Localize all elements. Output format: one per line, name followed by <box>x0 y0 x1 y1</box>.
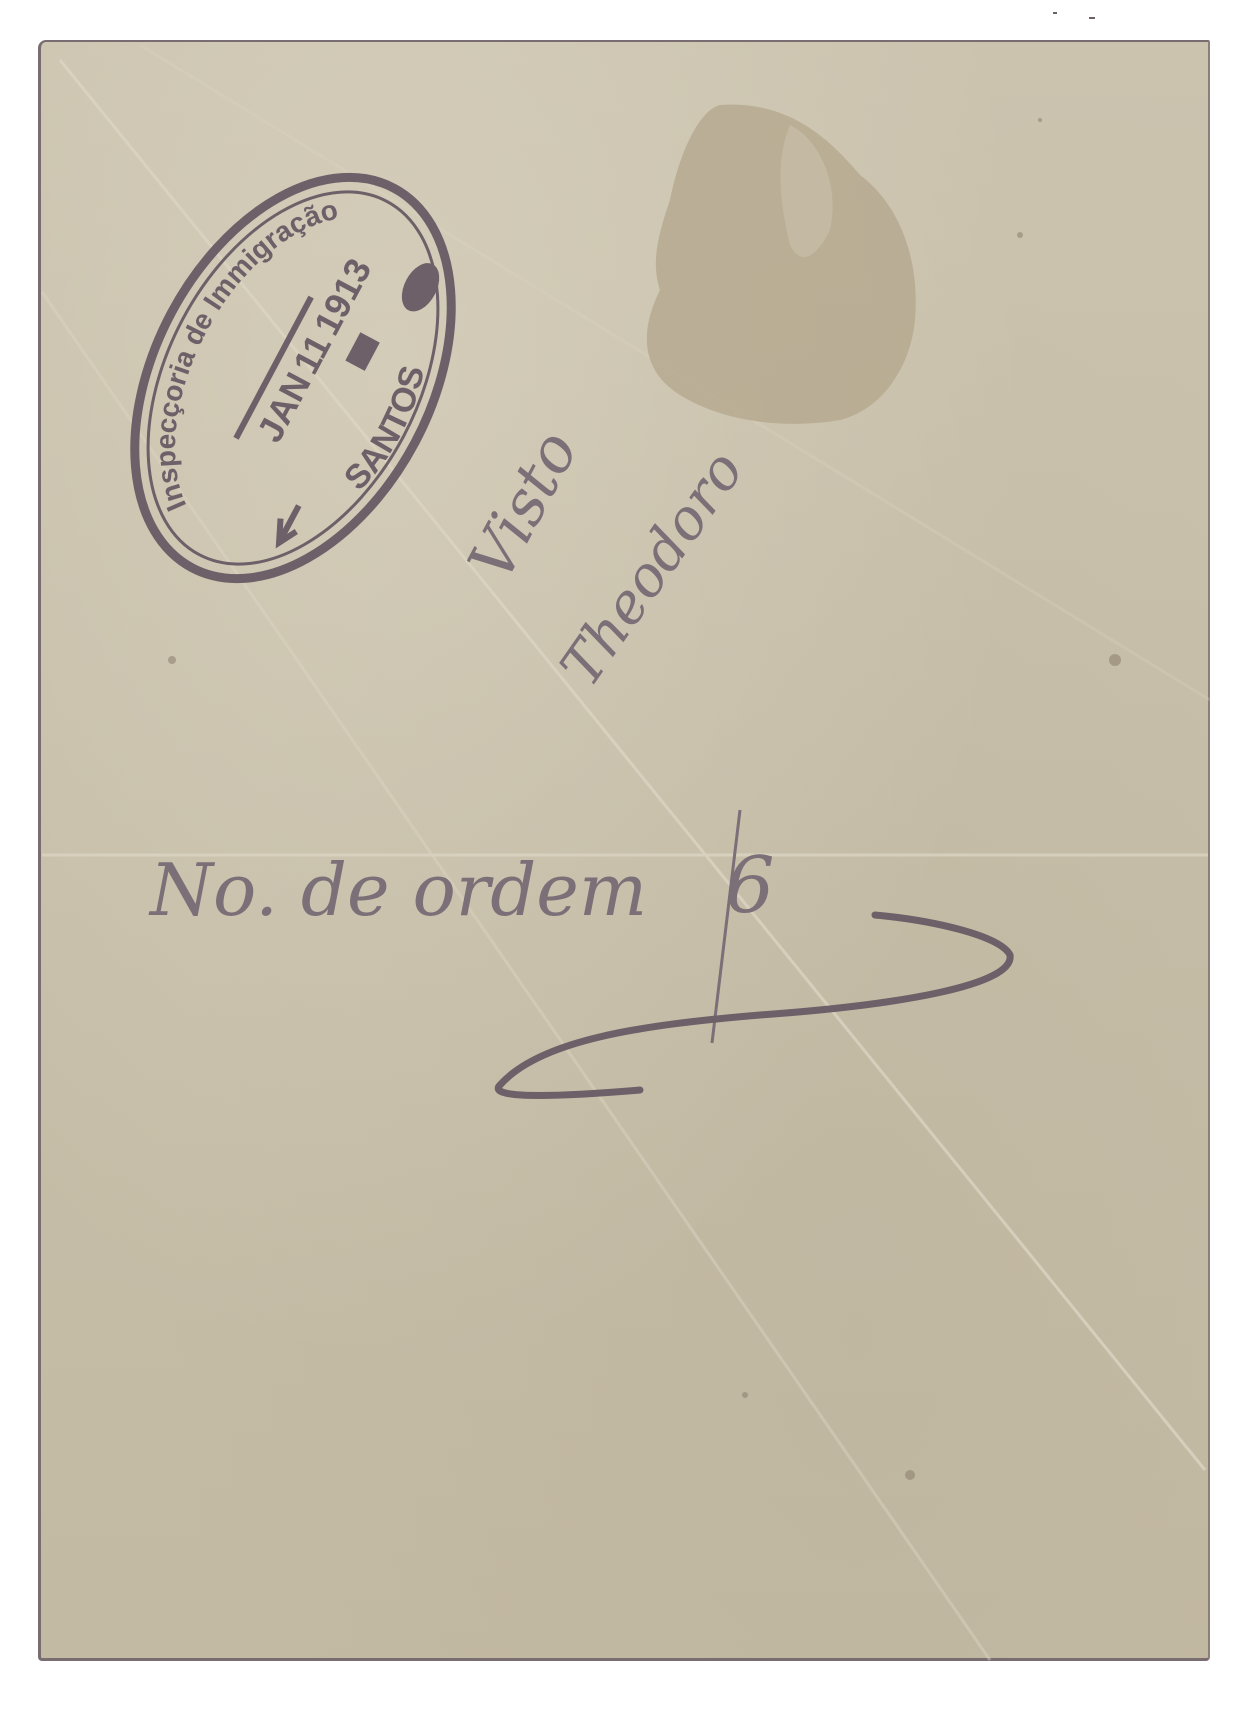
immigration-stamp: Inspecçoria de Immigração JAN 11 1913 SA… <box>70 123 516 632</box>
water-stain <box>647 105 916 424</box>
stamp-block-mark <box>345 332 379 371</box>
visto-word: Visto <box>454 419 592 592</box>
document-overlay: Inspecçoria de Immigração JAN 11 1913 SA… <box>0 0 1246 1710</box>
visto-signature-text: Theodoro <box>548 439 756 698</box>
stamp-date-month: JAN <box>249 366 319 449</box>
order-number-line: No. de ordem 6 <box>148 810 775 1043</box>
stamp-ornament-left <box>270 501 307 547</box>
visto-signature: Theodoro <box>548 439 756 698</box>
visto-annotation: Visto <box>454 419 592 592</box>
scan-mark <box>1053 12 1057 14</box>
order-label: No. de ordem <box>148 848 647 932</box>
stamp-date-year: 1913 <box>306 252 380 342</box>
signature-flourish <box>498 915 1010 1095</box>
scan-mark <box>1089 17 1095 19</box>
order-number: 6 <box>725 841 775 931</box>
